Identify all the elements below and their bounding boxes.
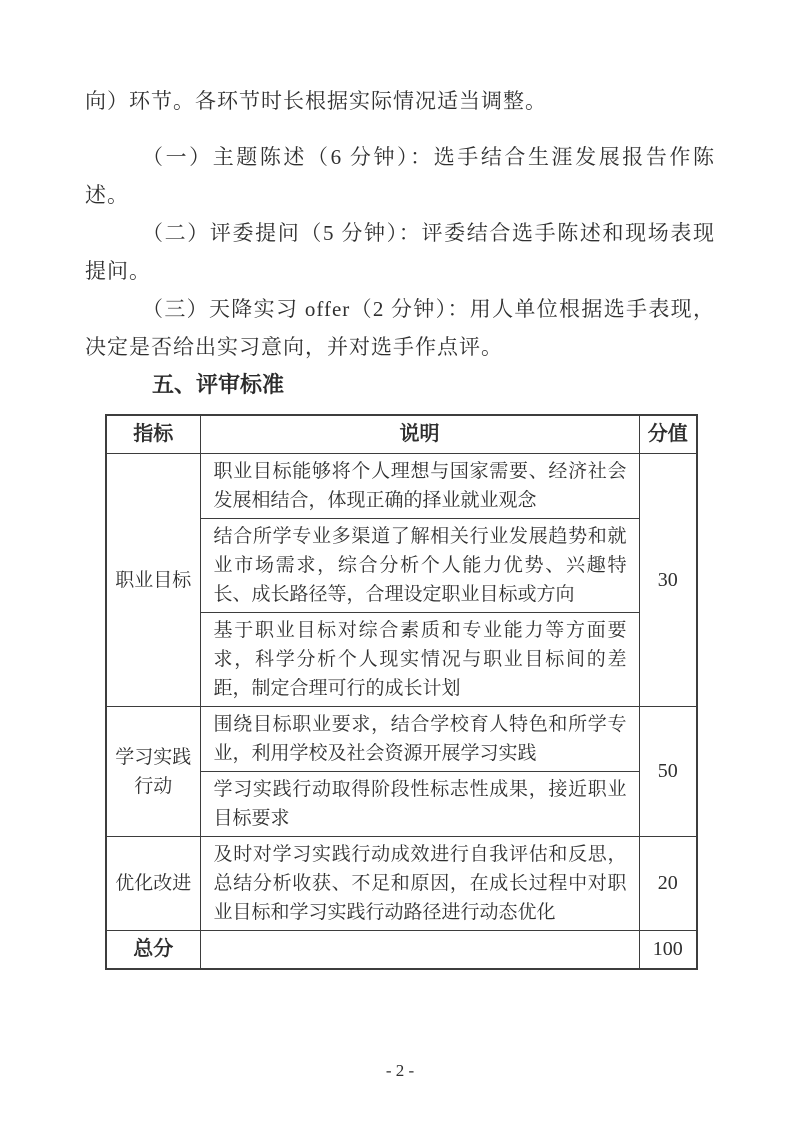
score-learning-practice: 50 <box>639 707 697 837</box>
table-row: 学习实践行动 围绕目标职业要求，结合学校育人特色和所学专业，利用学校及社会资源开… <box>106 707 697 772</box>
table-header-row: 指标 说明 分值 <box>106 415 697 454</box>
description-cell: 围绕目标职业要求，结合学校育人特色和所学专业，利用学校及社会资源开展学习实践 <box>200 707 639 772</box>
score-optimization: 20 <box>639 837 697 931</box>
section-heading-criteria: 五、评审标准 <box>85 366 715 404</box>
indicator-optimization: 优化改进 <box>106 837 200 931</box>
description-cell-empty <box>200 931 639 970</box>
description-cell: 及时对学习实践行动成效进行自我评估和反思，总结分析收获、不足和原因，在成长过程中… <box>200 837 639 931</box>
description-cell: 学习实践行动取得阶段性标志性成果，接近职业目标要求 <box>200 772 639 837</box>
description-cell: 基于职业目标对综合素质和专业能力等方面要求，科学分析个人现实情况与职业目标间的差… <box>200 613 639 707</box>
description-cell: 职业目标能够将个人理想与国家需要、经济社会发展相结合，体现正确的择业就业观念 <box>200 454 639 519</box>
col-header-indicator: 指标 <box>106 415 200 454</box>
col-header-description: 说明 <box>200 415 639 454</box>
indicator-learning-practice: 学习实践行动 <box>106 707 200 837</box>
indicator-total: 总分 <box>106 931 200 970</box>
score-career-goal: 30 <box>639 454 697 707</box>
paragraph-continuation: 向）环节。各环节时长根据实际情况适当调整。 <box>85 82 715 120</box>
table-total-row: 总分 100 <box>106 931 697 970</box>
page-number: - 2 - <box>0 1061 800 1081</box>
score-total: 100 <box>639 931 697 970</box>
col-header-score: 分值 <box>639 415 697 454</box>
paragraph-item-2: （二）评委提问（5 分钟）：评委结合选手陈述和现场表现提问。 <box>85 214 715 290</box>
paragraph-item-3: （三）天降实习 offer（2 分钟）：用人单位根据选手表现，决定是否给出实习意… <box>85 290 715 366</box>
table-row: 职业目标 职业目标能够将个人理想与国家需要、经济社会发展相结合，体现正确的择业就… <box>106 454 697 519</box>
document-page: 向）环节。各环节时长根据实际情况适当调整。 （一）主题陈述（6 分钟）：选手结合… <box>0 0 800 1131</box>
evaluation-criteria-table: 指标 说明 分值 职业目标 职业目标能够将个人理想与国家需要、经济社会发展相结合… <box>105 414 698 970</box>
table-row: 优化改进 及时对学习实践行动成效进行自我评估和反思，总结分析收获、不足和原因，在… <box>106 837 697 931</box>
paragraph-item-1: （一）主题陈述（6 分钟）：选手结合生涯发展报告作陈述。 <box>85 138 715 214</box>
indicator-career-goal: 职业目标 <box>106 454 200 707</box>
description-cell: 结合所学专业多渠道了解相关行业发展趋势和就业市场需求，综合分析个人能力优势、兴趣… <box>200 519 639 613</box>
